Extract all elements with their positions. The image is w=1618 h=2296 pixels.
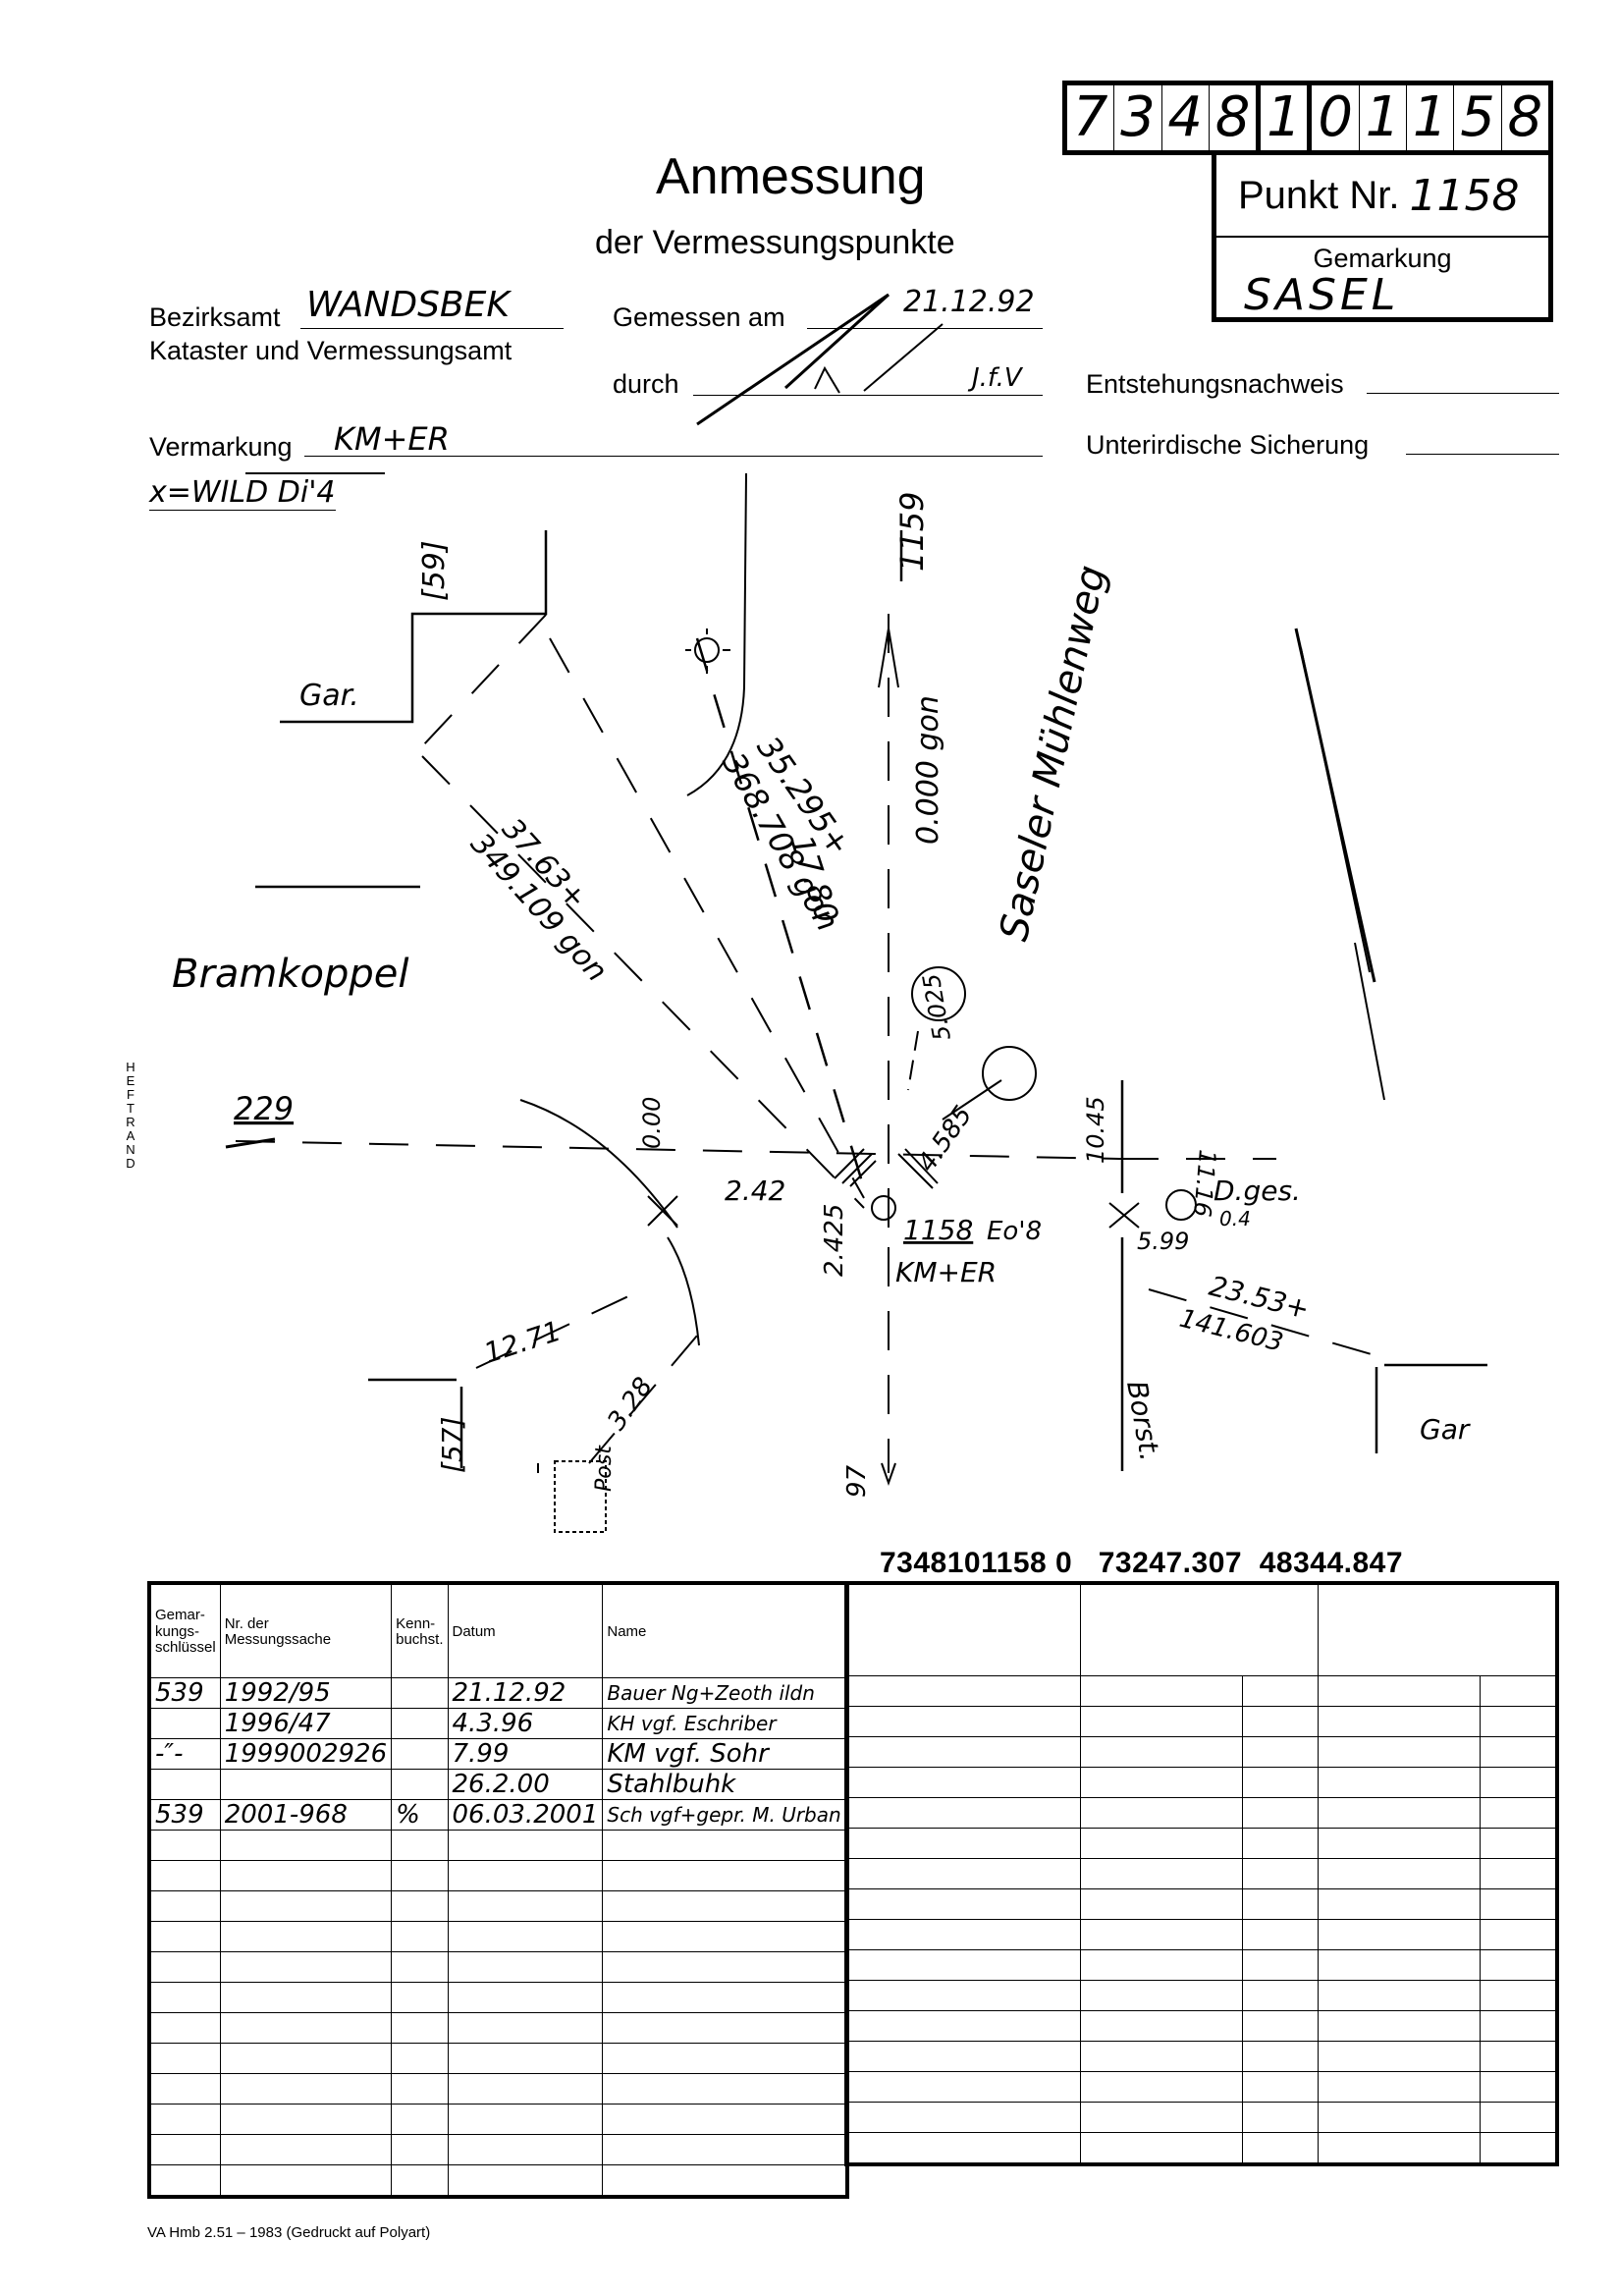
table-cell bbox=[149, 1831, 220, 1861]
table-cell bbox=[220, 1922, 391, 1952]
table-cell bbox=[603, 2165, 847, 2198]
table-cell bbox=[448, 1952, 603, 1983]
table-cell bbox=[392, 1831, 448, 1861]
coordinates-line: 7348101158 0 73247.307 48344.847 bbox=[880, 1547, 1403, 1580]
table-cell bbox=[220, 1861, 391, 1891]
table-cell bbox=[220, 1983, 391, 2013]
form-footer: VA Hmb 2.51 – 1983 (Gedruckt auf Polyart… bbox=[147, 2224, 430, 2241]
table-cell bbox=[220, 1952, 391, 1983]
table-cell bbox=[220, 2165, 391, 2198]
table-cell bbox=[448, 2165, 603, 2198]
table-cell: Stahlbuhk bbox=[603, 1770, 847, 1800]
table-row bbox=[846, 1768, 1557, 1798]
table-cell: Bauer Ng+Zeoth ildn bbox=[603, 1678, 847, 1709]
table-row: -″-19990029267.99KM vgf. Sohr bbox=[149, 1739, 847, 1770]
table-cell: 21.12.92 bbox=[448, 1678, 603, 1709]
coord-point-id: 7348101158 bbox=[880, 1547, 1047, 1579]
blank-register-table bbox=[844, 1581, 1559, 2166]
table-cell bbox=[149, 2165, 220, 2198]
table-cell: KM vgf. Sohr bbox=[603, 1739, 847, 1770]
table-cell bbox=[392, 2165, 448, 2198]
table-cell bbox=[149, 1922, 220, 1952]
table-cell bbox=[603, 1922, 847, 1952]
table-row bbox=[846, 1676, 1557, 1707]
street-bramkoppel: Bramkoppel bbox=[172, 952, 409, 997]
measure-m8: 2.425 bbox=[820, 1204, 849, 1277]
table-row bbox=[149, 2074, 847, 2105]
column-header: Datum bbox=[448, 1583, 603, 1678]
table-cell bbox=[448, 1983, 603, 2013]
table-cell bbox=[392, 2044, 448, 2074]
ref-229: 229 bbox=[234, 1090, 294, 1127]
coord-x: 73247.307 bbox=[1099, 1547, 1242, 1579]
table-cell bbox=[392, 1952, 448, 1983]
table-cell: 26.2.00 bbox=[448, 1770, 603, 1800]
borst-label: Borst. bbox=[1120, 1378, 1166, 1463]
table-row bbox=[846, 1950, 1557, 1981]
column-header: Gemar- kungs- schlüssel bbox=[149, 1583, 220, 1678]
table-cell bbox=[149, 2105, 220, 2135]
table-row bbox=[149, 1861, 847, 1891]
table-row bbox=[149, 2013, 847, 2044]
ref-57: [57] bbox=[436, 1417, 468, 1473]
table-row bbox=[149, 2044, 847, 2074]
table-cell bbox=[149, 1709, 220, 1739]
table-cell bbox=[149, 1952, 220, 1983]
coord-flag: 0 bbox=[1055, 1547, 1072, 1579]
table-cell bbox=[448, 2105, 603, 2135]
table-cell: 7.99 bbox=[448, 1739, 603, 1770]
table-cell bbox=[149, 2013, 220, 2044]
table-cell bbox=[149, 2044, 220, 2074]
table-cell bbox=[392, 1983, 448, 2013]
table-cell bbox=[603, 1983, 847, 2013]
table-cell: 2001-968 bbox=[220, 1800, 391, 1831]
table-cell: 1996/47 bbox=[220, 1709, 391, 1739]
table-cell bbox=[149, 1770, 220, 1800]
column-header: Name bbox=[603, 1583, 847, 1678]
table-cell bbox=[603, 1891, 847, 1922]
table-cell bbox=[392, 1739, 448, 1770]
table-header-row bbox=[846, 1583, 1557, 1676]
table-row: 5392001-968%06.03.2001Sch vgf+gepr. M. U… bbox=[149, 1800, 847, 1831]
table-cell bbox=[603, 2074, 847, 2105]
table-row: 26.2.00Stahlbuhk bbox=[149, 1770, 847, 1800]
table-cell bbox=[603, 1831, 847, 1861]
table-cell bbox=[220, 2044, 391, 2074]
eo-label: Eo'8 bbox=[987, 1217, 1042, 1246]
table-cell bbox=[603, 1861, 847, 1891]
table-cell bbox=[448, 2074, 603, 2105]
column-header: Kenn- buchst. bbox=[392, 1583, 448, 1678]
table-row bbox=[846, 2103, 1557, 2133]
table-cell bbox=[149, 1983, 220, 2013]
measure-m5: 4.585 bbox=[912, 1101, 978, 1177]
table-cell bbox=[392, 1709, 448, 1739]
measure-m14: 3.28 bbox=[602, 1372, 659, 1436]
angle-a3: 0.000 gon bbox=[911, 695, 945, 845]
ref-1159: 1159 bbox=[893, 492, 931, 572]
table-cell bbox=[448, 2135, 603, 2165]
table-cell bbox=[603, 2044, 847, 2074]
table-cell: Sch vgf+gepr. M. Urban bbox=[603, 1800, 847, 1831]
table-row bbox=[149, 1891, 847, 1922]
table-cell bbox=[220, 2135, 391, 2165]
column-header: Nr. der Messungssache bbox=[220, 1583, 391, 1678]
table-row: 1996/474.3.96KH vgf. Eschriber bbox=[149, 1709, 847, 1739]
measure-m9: 10.45 bbox=[1082, 1096, 1109, 1164]
table-cell bbox=[448, 2013, 603, 2044]
table-cell bbox=[392, 1678, 448, 1709]
table-row bbox=[149, 2165, 847, 2198]
table-cell bbox=[448, 1861, 603, 1891]
table-cell bbox=[392, 1770, 448, 1800]
table-row bbox=[149, 2135, 847, 2165]
measure-m6: 2.42 bbox=[725, 1175, 785, 1207]
table-cell bbox=[448, 2044, 603, 2074]
table-cell bbox=[392, 1861, 448, 1891]
table-cell bbox=[220, 1770, 391, 1800]
table-cell bbox=[149, 1891, 220, 1922]
table-cell bbox=[220, 1831, 391, 1861]
table-cell: % bbox=[392, 1800, 448, 1831]
d-ges-label: D.ges. bbox=[1213, 1175, 1301, 1207]
table-row bbox=[846, 1829, 1557, 1859]
table-cell: 06.03.2001 bbox=[448, 1800, 603, 1831]
table-row bbox=[846, 1981, 1557, 2011]
table-row: 5391992/9521.12.92Bauer Ng+Zeoth ildn bbox=[149, 1678, 847, 1709]
table-cell: 1999002926 bbox=[220, 1739, 391, 1770]
gar-left-label: Gar. bbox=[299, 679, 359, 713]
table-cell bbox=[220, 2105, 391, 2135]
table-cell bbox=[392, 1922, 448, 1952]
table-row bbox=[149, 1952, 847, 1983]
gar-right-label: Gar bbox=[1420, 1413, 1471, 1446]
table-cell bbox=[149, 2074, 220, 2105]
table-cell bbox=[392, 2105, 448, 2135]
table-cell bbox=[603, 2013, 847, 2044]
point-number: 1158 bbox=[903, 1214, 973, 1246]
table-row bbox=[846, 2042, 1557, 2072]
table-cell bbox=[448, 1831, 603, 1861]
table-cell bbox=[392, 2074, 448, 2105]
table-row bbox=[846, 1920, 1557, 1950]
table-row bbox=[846, 1707, 1557, 1737]
measurement-register-table: Gemar- kungs- schlüsselNr. der Messungss… bbox=[147, 1581, 849, 2199]
table-cell: KH vgf. Eschriber bbox=[603, 1709, 847, 1739]
measure-m13: 12.71 bbox=[480, 1314, 565, 1369]
table-row bbox=[149, 1922, 847, 1952]
point-marker: KM+ER bbox=[895, 1256, 997, 1288]
table-row bbox=[846, 2133, 1557, 2165]
table-row bbox=[846, 1737, 1557, 1768]
table-row bbox=[149, 2105, 847, 2135]
table-row bbox=[149, 1831, 847, 1861]
table-cell: -″- bbox=[149, 1739, 220, 1770]
table-cell: 1992/95 bbox=[220, 1678, 391, 1709]
table-row bbox=[846, 2011, 1557, 2042]
table-cell bbox=[392, 1891, 448, 1922]
table-cell: 539 bbox=[149, 1800, 220, 1831]
post-label: Post bbox=[592, 1445, 617, 1492]
d-ges-value: 0.4 bbox=[1219, 1207, 1251, 1230]
table-cell bbox=[603, 1952, 847, 1983]
table-row bbox=[846, 1798, 1557, 1829]
table-cell: 539 bbox=[149, 1678, 220, 1709]
table-row bbox=[846, 2072, 1557, 2103]
table-cell bbox=[392, 2135, 448, 2165]
table-cell: 4.3.96 bbox=[448, 1709, 603, 1739]
table-cell bbox=[448, 1891, 603, 1922]
table-cell bbox=[603, 2105, 847, 2135]
table-cell bbox=[220, 2013, 391, 2044]
measure-m4: 5.025 bbox=[917, 971, 956, 1043]
table-cell bbox=[149, 2135, 220, 2165]
table-cell bbox=[220, 1891, 391, 1922]
table-cell bbox=[149, 1861, 220, 1891]
table-cell bbox=[603, 2135, 847, 2165]
table-cell bbox=[220, 2074, 391, 2105]
street-saseler: Saseler Mühlenweg bbox=[992, 562, 1115, 945]
table-row bbox=[149, 1983, 847, 2013]
ref-59: [59] bbox=[417, 540, 452, 601]
table-row bbox=[846, 1889, 1557, 1920]
ref-97: 97 bbox=[842, 1464, 872, 1498]
table-cell bbox=[392, 2013, 448, 2044]
measure-m7: 0.00 bbox=[638, 1097, 666, 1149]
table-row bbox=[846, 1859, 1557, 1889]
coord-y: 48344.847 bbox=[1260, 1547, 1403, 1579]
table-cell bbox=[448, 1922, 603, 1952]
measure-m11: 5.99 bbox=[1137, 1228, 1189, 1255]
